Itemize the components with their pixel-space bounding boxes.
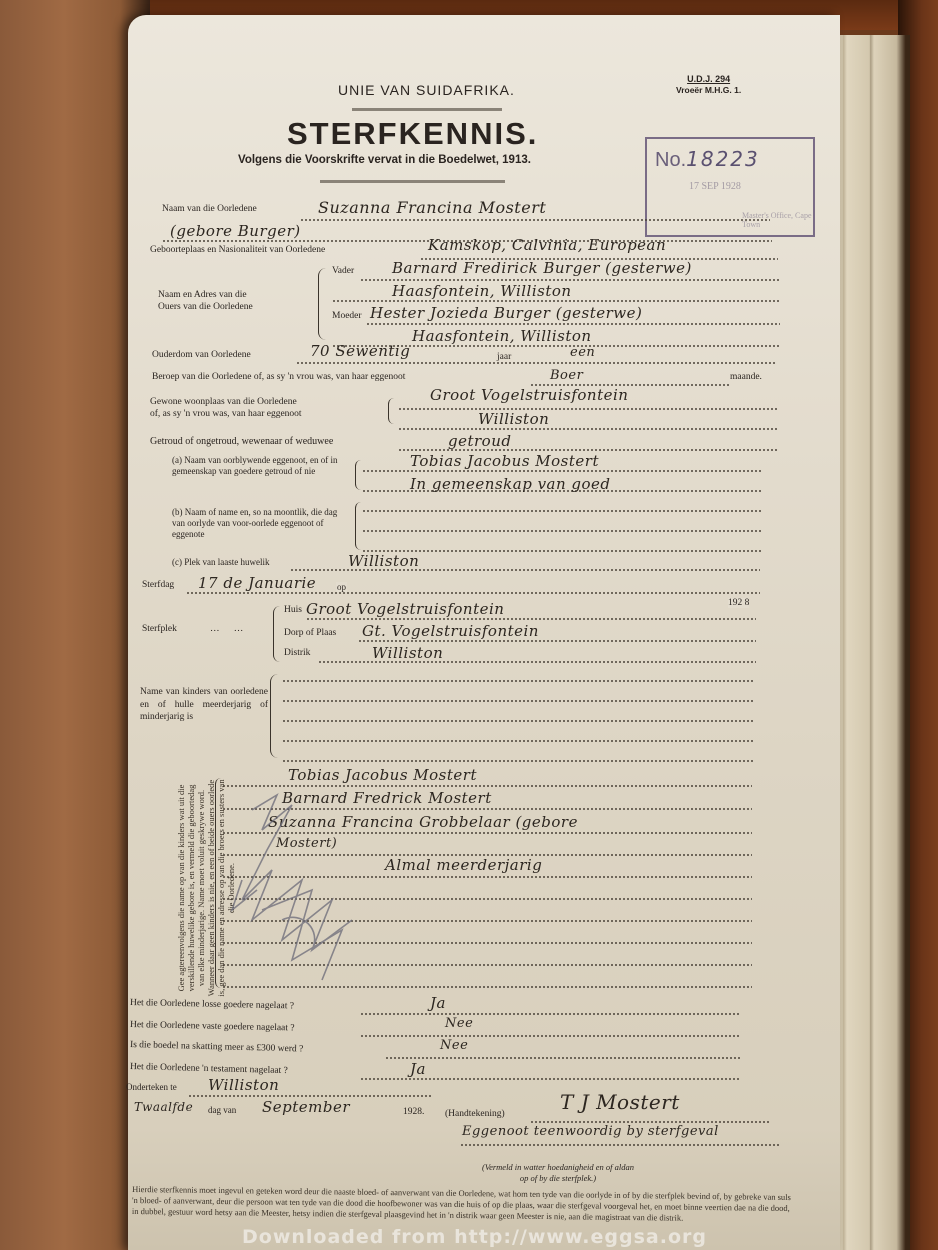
dotted-line: [460, 1144, 780, 1146]
page-title: STERFKENNIS.: [287, 116, 538, 152]
bracket: [273, 606, 280, 662]
occupation-label: Beroep van die Oorledene of, as sy 'n vr…: [152, 372, 405, 382]
signature-year: 1928.: [403, 1107, 424, 1117]
birthplace-label: Geboorteplaas en Nasionaliteit van Oorle…: [150, 245, 325, 255]
children-label: Name van kinders van oorledene en of hul…: [140, 686, 268, 724]
district-label: Distrik: [284, 648, 310, 658]
dotted-line: [530, 1121, 770, 1123]
mother-label: Moeder: [332, 311, 362, 321]
form-code: U.D.J. 294 Vroeër M.H.G. 1.: [676, 74, 741, 96]
previous-spouse-label: (b) Naam of name en, so na moontlik, die…: [172, 507, 352, 540]
spouse-label: (a) Naam van oorblywende eggenoot, en of…: [172, 455, 352, 477]
dotted-line: [385, 1057, 740, 1059]
death-date-value: 17 de Januarie: [198, 574, 316, 592]
marital-value: getroud: [448, 432, 511, 450]
estate-value-answer: Nee: [440, 1038, 468, 1053]
bracket: [355, 460, 361, 490]
bracket: [355, 502, 361, 550]
dotted-line: [282, 720, 754, 722]
dotted-line: [360, 1035, 740, 1037]
divider: [352, 108, 502, 111]
fixed-property-value: Nee: [445, 1016, 473, 1031]
signature-value: T J Mostert: [560, 1090, 680, 1114]
dotted-line: [360, 1078, 740, 1080]
mother-value: Hester Jozieda Burger (gesterwe): [370, 304, 642, 322]
spouse-value-2: In gemeenskap van goed: [410, 475, 611, 493]
capacity-caption: (Vermeld in watter hoedanigheid en of al…: [482, 1162, 634, 1184]
parents-label-1: Naam en Adres van die: [158, 290, 247, 300]
testament-value: Ja: [410, 1060, 426, 1078]
name-value-maiden: (gebore Burger): [170, 222, 301, 240]
page-subtitle: Volgens die Voorskrifte vervat in die Bo…: [238, 154, 531, 166]
name-label: Naam van die Oorledene: [162, 204, 257, 214]
capacity-value: Eggenoot teenwoordig by sterfgeval: [462, 1124, 719, 1139]
town-value: Gt. Vogelstruisfontein: [362, 622, 539, 640]
signed-at-value: Williston: [208, 1076, 279, 1094]
age-months-label: maande.: [730, 372, 762, 382]
bracket: [318, 268, 326, 340]
residence-value-1: Groot Vogelstruisfontein: [430, 386, 628, 404]
parents-label-2: Ouers van die Oorledene: [158, 302, 253, 312]
divider: [320, 180, 505, 183]
dotted-line: [222, 785, 752, 787]
day-label: dag van: [208, 1105, 236, 1115]
form-code-former: Vroeër M.H.G. 1.: [676, 85, 741, 96]
sibling-entry-1: Tobias Jacobus Mostert: [288, 766, 477, 784]
stamp-number: No.18223: [655, 147, 760, 172]
dotted-line: [362, 550, 762, 552]
death-place-label: Sterfplek: [142, 624, 177, 634]
capacity-caption-line-2: op of by die sterfplek.): [482, 1173, 634, 1184]
stamp-prefix: No.: [655, 149, 686, 171]
dotted-line: [282, 760, 754, 762]
birthplace-value: Kamskop, Calvinia, European: [428, 236, 666, 254]
age-value: 70 Sewentig: [310, 342, 410, 360]
country-heading: UNIE VAN SUIDAFRIKA.: [338, 82, 515, 98]
dotted-line: [398, 408, 778, 410]
marriage-place-value: Williston: [348, 552, 419, 570]
house-label: Huis: [284, 605, 302, 615]
dotted-line: [300, 219, 770, 221]
signature-label: (Handtekening): [445, 1109, 505, 1119]
death-year: 192 8: [728, 598, 749, 608]
name-value: Suzanna Francina Mostert: [318, 198, 546, 217]
dotted-line: [366, 323, 780, 325]
dotted-line: [360, 279, 780, 281]
house-value: Groot Vogelstruisfontein: [306, 600, 504, 618]
age-year-label: jaar: [495, 352, 513, 362]
father-value: Barnard Fredirick Burger (gesterwe): [392, 259, 692, 277]
day-value: Twaalfde: [134, 1100, 193, 1114]
residence-label-1: Gewone woonplaas van die Oorledene: [150, 397, 297, 407]
father-label: Vader: [332, 266, 354, 276]
father-address: Haasfontein, Williston: [392, 282, 572, 300]
town-label: Dorp of Plaas: [284, 628, 336, 638]
dotted-line: [332, 300, 780, 302]
bracket: [215, 778, 221, 988]
dotted-line: [398, 428, 778, 430]
bracket: [388, 398, 394, 424]
bracket: [270, 674, 278, 758]
registry-stamp: No.18223 17 SEP 1928 Master's Office, Ca…: [645, 137, 815, 237]
stamp-number-value: 18223: [686, 147, 760, 171]
occupation-value: Boer: [550, 368, 583, 383]
sibling-entry-5: Almal meerderjarig: [385, 856, 542, 874]
dotted-line: [358, 640, 756, 642]
pencil-scribble-mark: [222, 790, 382, 990]
district-value: Williston: [372, 644, 443, 662]
dotted-line: [188, 1095, 433, 1097]
age-label: Ouderdom van Oorledene: [152, 350, 251, 360]
dotted-line: [362, 510, 762, 512]
ellipsis: … …: [210, 624, 243, 634]
mother-address: Haasfontein, Williston: [412, 327, 592, 345]
dotted-line: [362, 530, 762, 532]
stamp-date: 17 SEP 1928: [689, 181, 741, 192]
dotted-line: [296, 362, 776, 364]
marital-label: Getroud of ongetroud, wewenaar of weduwe…: [150, 436, 333, 447]
dotted-line: [362, 470, 762, 472]
marriage-place-label: (c) Plek van laaste huwelik: [172, 557, 269, 567]
age-months-value: een: [570, 345, 595, 360]
dotted-line: [360, 1013, 740, 1015]
source-watermark: Downloaded from http://www.eggsa.org: [242, 1226, 707, 1248]
signed-at-label: Onderteken te: [126, 1082, 177, 1092]
death-date-op-label: op: [336, 582, 347, 592]
dotted-line: [282, 700, 754, 702]
month-value: September: [262, 1098, 350, 1116]
dotted-line: [306, 618, 756, 620]
residence-label-2: of, as sy 'n vrou was, van haar eggenoot: [150, 409, 302, 419]
residence-value-2: Williston: [478, 410, 549, 428]
form-code-number: U.D.J. 294: [676, 74, 741, 85]
dotted-line: [282, 680, 754, 682]
dotted-line: [186, 592, 760, 594]
spouse-value-1: Tobias Jacobus Mostert: [410, 452, 599, 470]
dotted-line: [282, 740, 754, 742]
movable-property-value: Ja: [430, 994, 446, 1012]
capacity-caption-line-1: (Vermeld in watter hoedanigheid en of al…: [482, 1162, 634, 1173]
death-date-label: Sterfdag: [142, 580, 174, 590]
